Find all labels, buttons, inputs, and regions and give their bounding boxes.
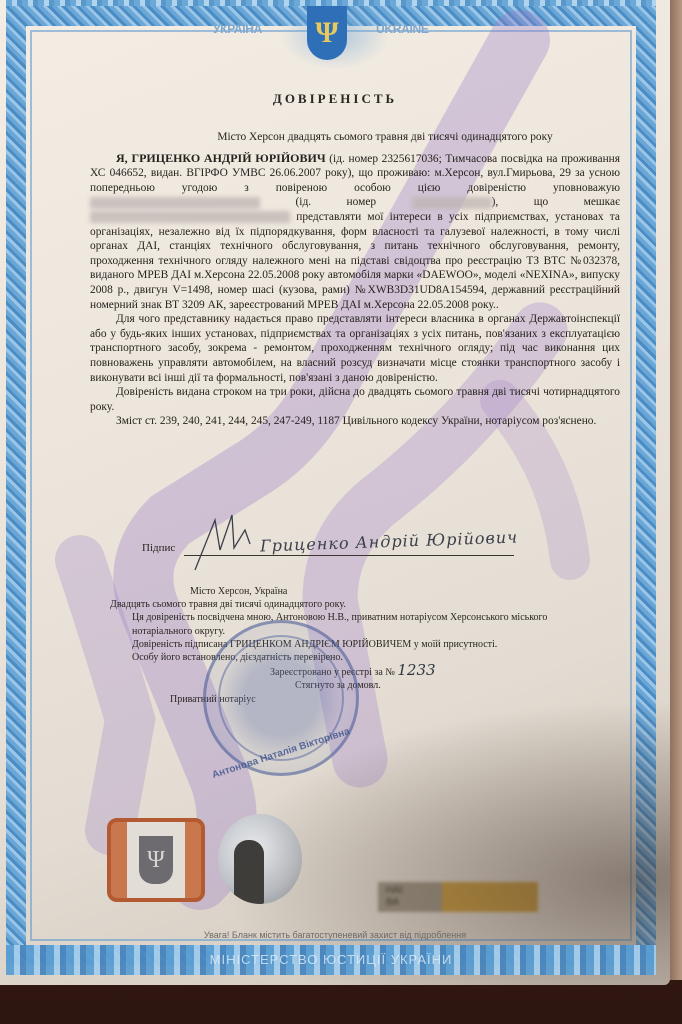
- paragraph-principal: Я, ГРИЦЕНКО АНДРІЙ ЮРІЙОВИЧ (ід. номер 2…: [90, 151, 620, 313]
- country-label-ua: УКРАЇНА: [213, 22, 262, 36]
- paragraph-civil-code: Зміст ст. 239, 240, 241, 244, 245, 247-2…: [90, 414, 620, 429]
- agent-lives-label: ), що мешкає: [492, 196, 620, 208]
- hologram-crest: Ψ: [107, 818, 205, 902]
- notary-city: Місто Херсон, Україна: [110, 585, 550, 598]
- hologram-globe: [218, 814, 302, 904]
- paragraph-powers: Для чого представнику надається право пр…: [90, 312, 620, 385]
- table-edge: [668, 0, 682, 980]
- ornamental-bottom-band: МІНІСТЕРСТВО ЮСТИЦІЇ УКРАЇНИ: [6, 945, 656, 975]
- country-label-en: UKRAINE: [376, 22, 429, 36]
- document-body: Місто Херсон двадцять сьомого травня дві…: [90, 130, 620, 429]
- document-sheet: Ψ УКРАЇНА UKRAINE ДОВІРЕНІСТЬ Місто Херс…: [0, 0, 670, 985]
- handwritten-name: Гриценко Андрій Юрійович: [260, 528, 519, 556]
- ministry-label: МІНІСТЕРСТВО ЮСТИЦІЇ УКРАЇНИ: [6, 952, 656, 967]
- registry-number: 1233: [397, 661, 435, 679]
- signature-row: Підпис Гриценко Андрій Юрійович: [140, 528, 620, 568]
- principal-name: Я, ГРИЦЕНКО АНДРІЙ ЮРІЙОВИЧ: [116, 151, 326, 165]
- vehicle-details: інтереси в усіх підприємствах, установах…: [90, 211, 620, 311]
- security-warning: Увага! Бланк містить багатоступеневий за…: [0, 930, 670, 940]
- notary-stamp: Антонова Наталія Вікторівна: [203, 620, 359, 776]
- justice-figure-icon: [234, 840, 264, 904]
- document-title: ДОВІРЕНІСТЬ: [0, 91, 670, 107]
- trident-icon: Ψ: [307, 6, 347, 60]
- serial-prefix: НАІ: [386, 885, 538, 897]
- represent-label: представляти мої: [296, 211, 383, 223]
- agent-id-label: (ід. номер: [295, 196, 376, 208]
- paragraph-validity: Довіреність видана строком на три роки, …: [90, 385, 620, 414]
- city-date-line: Місто Херсон двадцять сьомого травня дві…: [90, 130, 620, 145]
- notary-certified: Ця довіреність посвідчена мною, Антоново…: [110, 611, 550, 637]
- trident-icon: Ψ: [139, 836, 173, 884]
- serial-number-redacted: НАІ ВА: [378, 882, 538, 912]
- serial-line2: ВА: [386, 897, 538, 909]
- redacted-agent-address: [90, 211, 290, 223]
- signature-scribble: [190, 510, 260, 574]
- signature-label: Підпис: [142, 542, 175, 554]
- redacted-agent-name: [90, 197, 260, 209]
- notary-date: Двадцять сьомого травня дві тисячі одина…: [110, 598, 550, 611]
- redacted-agent-id: [412, 197, 492, 209]
